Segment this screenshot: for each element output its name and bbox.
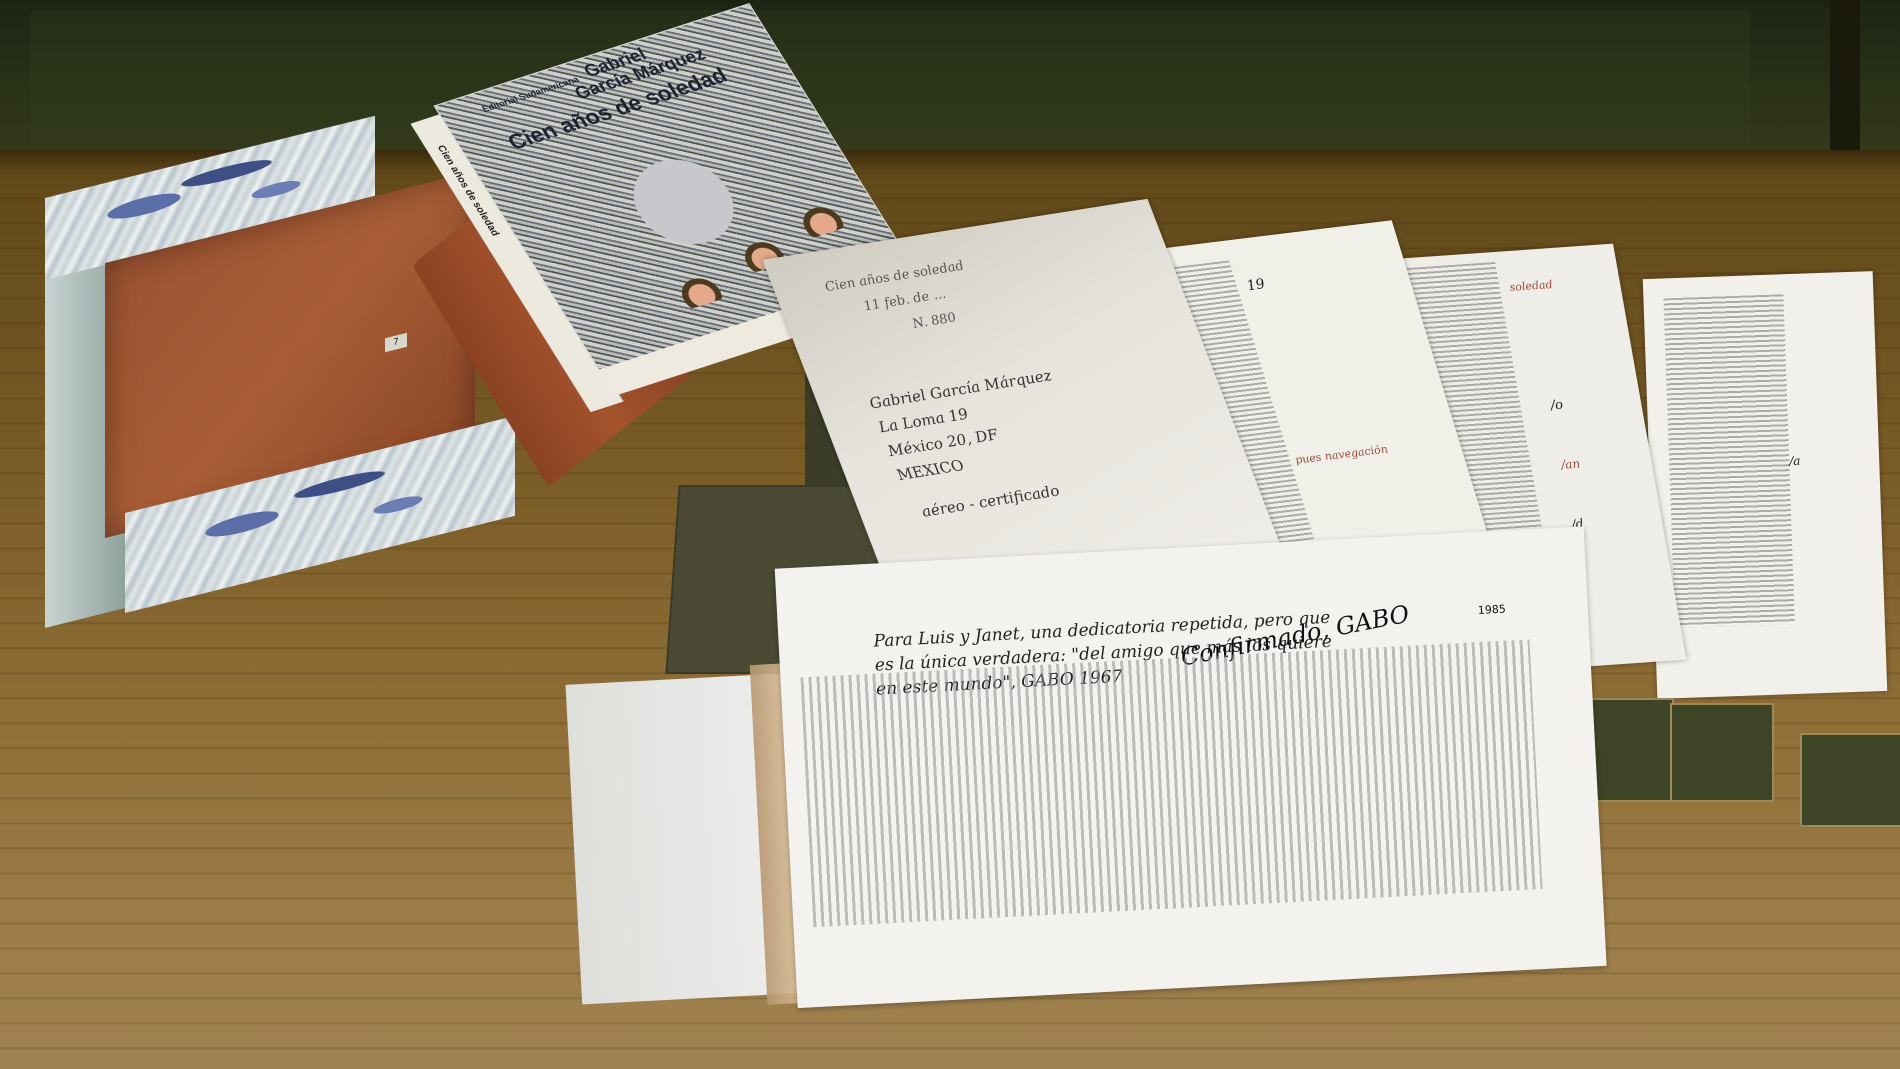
annotation: soledad xyxy=(1509,278,1554,294)
flower-icon xyxy=(671,270,727,310)
photo-scene: 7 Cien años de soledad Editorial Sudamer… xyxy=(0,0,1900,1069)
annotation: /an xyxy=(1560,457,1581,472)
signature-year: 1985 xyxy=(1478,603,1507,617)
envelope-line: 11 feb. de ... xyxy=(861,287,948,314)
green-volume xyxy=(1800,733,1900,827)
annotation: pues navegación xyxy=(1293,443,1389,467)
envelope-line: aéreo - certificado xyxy=(919,482,1063,521)
printed-text xyxy=(1663,294,1794,628)
dedication-sheet: Para Luis y Janet, una dedicatoria repet… xyxy=(560,526,1612,1029)
flower-icon xyxy=(792,199,848,239)
envelope-line: N. 880 xyxy=(910,311,959,332)
envelope-line: MEXICO xyxy=(894,456,966,484)
page-number: 19 xyxy=(1245,276,1267,294)
annotation: /a xyxy=(1789,454,1801,468)
printed-text-column xyxy=(800,639,1542,927)
envelope-line: Cien años de soledad xyxy=(823,259,967,295)
green-volume xyxy=(1670,703,1774,802)
dedication-page: Para Luis y Janet, una dedicatoria repet… xyxy=(775,526,1607,1008)
annotation: /o xyxy=(1549,398,1564,414)
